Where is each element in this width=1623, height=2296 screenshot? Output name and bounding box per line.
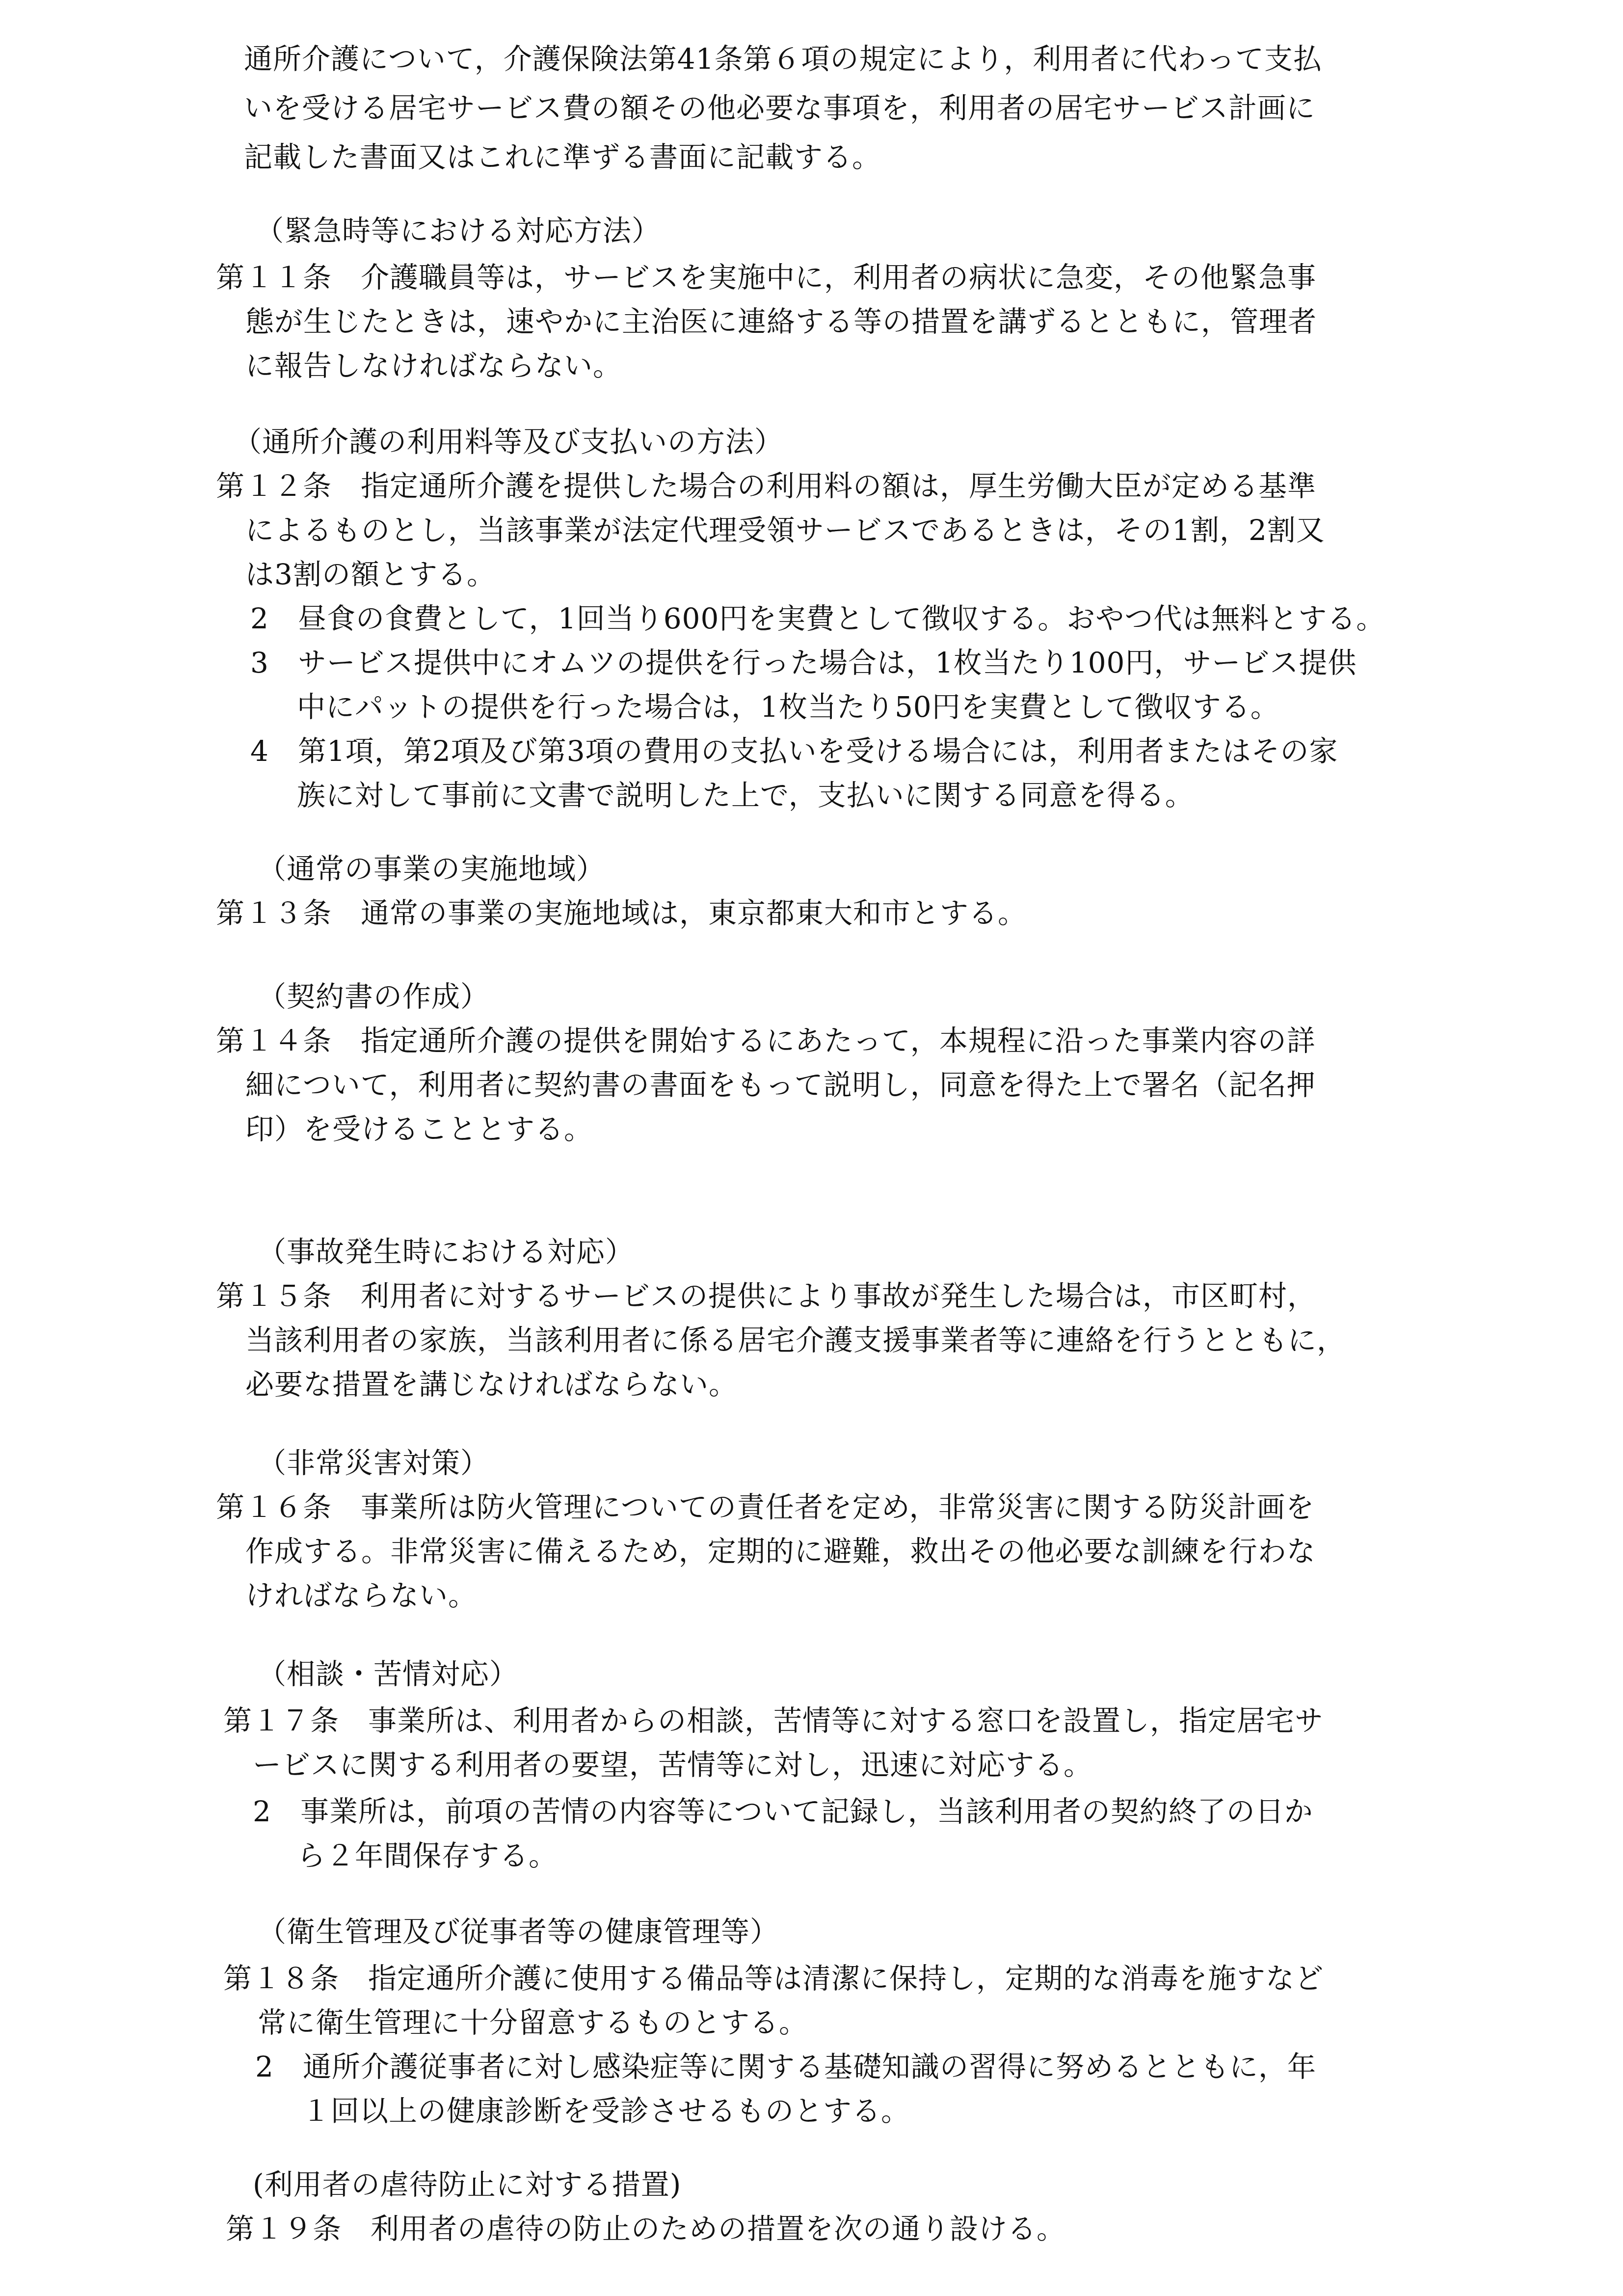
article-line: 第１８条 指定通所介護に使用する備品等は清潔に保持し，定期的な消毒を施すなど [223,1961,1324,1996]
article-heading: (利用者の虐待防止に対する措置) [253,2167,681,2202]
article-line: 2 事業所は，前項の苦情の内容等について記録し，当該利用者の契約終了の日か [253,1794,1313,1829]
article-heading: （通所介護の利用料等及び支払いの方法） [233,425,783,459]
intro-line: 記載した書面又はこれに準ずる書面に記載する。 [244,140,881,174]
article-line: 第１４条 指定通所介護の提供を開始するにあたって，本規程に沿った事業内容の詳 [216,1024,1316,1058]
article-line: によるものとし，当該事業が法定代理受領サービスであるときは，その1割，2割又 [245,513,1325,547]
article-line: 2 通所介護従事者に対し感染症等に関する基礎知識の習得に努めるとともに，年 [255,2050,1316,2084]
article-line: 印）を受けることとする。 [245,1112,593,1146]
article-line: 当該利用者の家族，当該利用者に係る居宅介護支援事業者等に連絡を行うとともに， [245,1323,1346,1357]
article-line: に報告しなければならない。 [245,349,622,383]
article-line: 4 第1項，第2項及び第3項の費用の支払いを受ける場合には，利用者またはその家 [250,734,1338,768]
article-line: 中にパットの提供を行った場合は，1枚当たり50円を実費として徴収する。 [297,690,1279,724]
article-line: 第１２条 指定通所介護を提供した場合の利用料の額は，厚生労働大臣が定める基準 [216,469,1316,503]
document-page: 通所介護について，介護保険法第41条第６項の規定により，利用者に代わって支払 い… [0,0,1623,2296]
article-line: ければならない。 [245,1578,477,1613]
intro-line: 通所介護について，介護保険法第41条第６項の規定により，利用者に代わって支払 [244,42,1322,76]
article-line: 第１３条 通常の事業の実施地域は，東京都東大和市とする。 [216,896,1027,930]
article-line: 第１９条 利用者の虐待の防止のための措置を次の通り設ける。 [226,2212,1065,2246]
article-heading: （事故発生時における対応） [258,1235,634,1269]
article-line: 第１７条 事業所は、利用者からの相談，苦情等に対する窓口を設置し，指定居宅サ [223,1703,1324,1738]
article-line: 3 サービス提供中にオムツの提供を行った場合は，1枚当たり100円，サービス提供 [250,646,1357,680]
article-line: ービスに関する利用者の要望，苦情等に対し，迅速に対応する。 [253,1748,1092,1782]
article-line: 2 昼食の食費として，1回当り600円を実費として徴収する。おやつ代は無料とする… [250,601,1385,636]
article-line: 族に対して事前に文書で説明した上で，支払いに関する同意を得る。 [297,778,1194,812]
intro-line: いを受ける居宅サービス費の額その他必要な事項を，利用者の居宅サービス計画に [244,91,1315,125]
article-heading: （相談・苦情対応） [258,1657,518,1691]
article-line: 細について，利用者に契約書の書面をもって説明し，同意を得た上で署名（記名押 [245,1068,1316,1102]
article-heading: （衛生管理及び従事者等の健康管理等） [258,1915,779,1949]
article-line: 第１５条 利用者に対するサービスの提供により事故が発生した場合は，市区町村， [216,1279,1316,1313]
article-heading: （通常の事業の実施地域） [258,852,605,886]
article-heading: （緊急時等における対応方法） [255,214,661,248]
article-line: 第１６条 事業所は防火管理についての責任者を定め，非常災害に関する防災計画を [216,1490,1315,1524]
article-heading: （非常災害対策） [258,1446,489,1480]
article-line: 常に衛生管理に十分留意するものとする。 [258,2005,808,2040]
article-line: １回以上の健康診断を受診させるものとする。 [302,2094,910,2128]
article-line: 作成する。非常災害に備えるため，定期的に避難，救出その他必要な訓練を行わな [245,1534,1316,1568]
article-heading: （契約書の作成） [258,979,489,1014]
article-line: 態が生じたときは，速やかに主治医に連絡する等の措置を講ずるとともに，管理者 [245,304,1317,339]
article-line: は3割の額とする。 [245,557,496,592]
article-line: ら２年間保存する。 [297,1838,558,1873]
article-line: 必要な措置を講じなければならない。 [245,1367,738,1402]
article-line: 第１１条 介護職員等は，サービスを実施中に，利用者の病状に急変，その他緊急事 [216,260,1316,295]
